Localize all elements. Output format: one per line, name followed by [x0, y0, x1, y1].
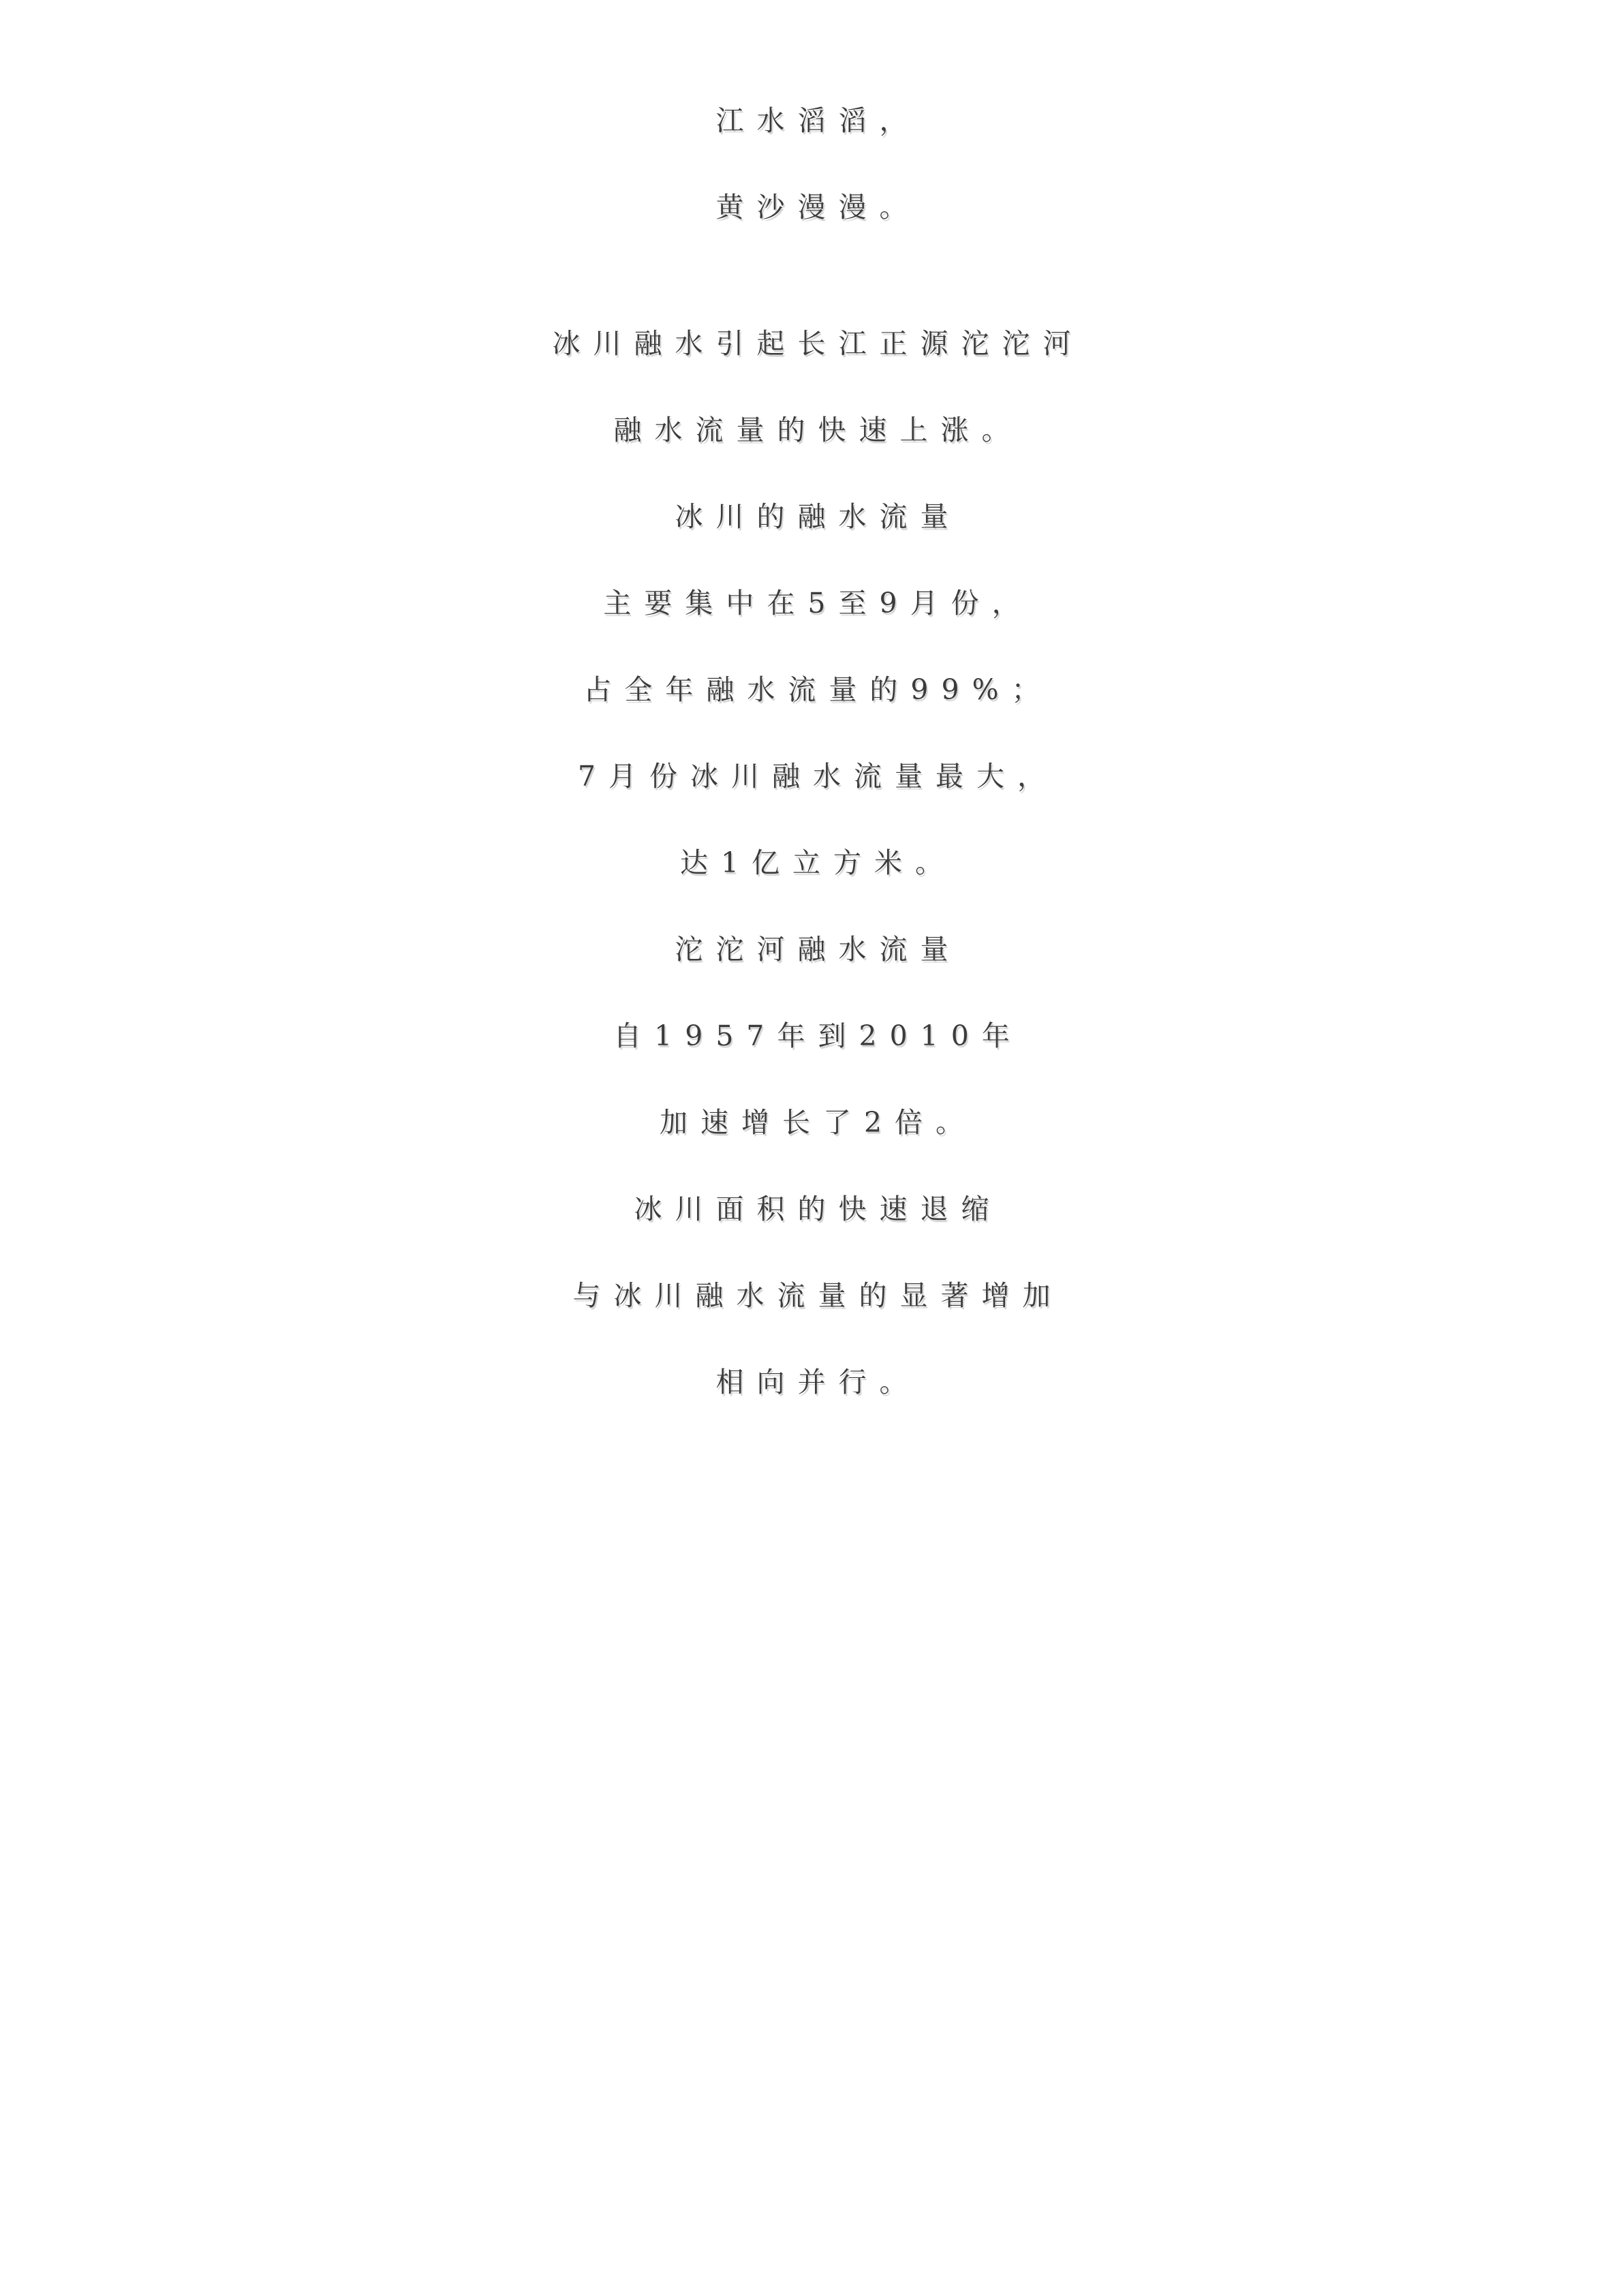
stanza-2: 冰川融水引起长江正源沱沱河 融水流量的快速上涨。 冰川的融水流量 主要集中在5至…	[0, 301, 1623, 1426]
poem-line: 占全年融水流量的99%；	[0, 647, 1623, 733]
document-page: 江水滔滔， 黄沙漫漫。 冰川融水引起长江正源沱沱河 融水流量的快速上涨。 冰川的…	[0, 0, 1623, 2296]
poem-line: 冰川面积的快速退缩	[0, 1166, 1623, 1253]
poem-line: 相向并行。	[0, 1339, 1623, 1426]
poem-line: 冰川的融水流量	[0, 474, 1623, 560]
poem-line: 融水流量的快速上涨。	[0, 387, 1623, 474]
poem-line: 7月份冰川融水流量最大，	[0, 733, 1623, 820]
poem-line: 江水滔滔，	[0, 78, 1623, 164]
poem-line: 自1957年到2010年	[0, 993, 1623, 1080]
poem-line: 与冰川融水流量的显著增加	[0, 1253, 1623, 1339]
poem-line: 沱沱河融水流量	[0, 906, 1623, 993]
poem-line: 达1亿立方米。	[0, 820, 1623, 906]
stanza-gap	[0, 251, 1623, 301]
poem-line: 黄沙漫漫。	[0, 164, 1623, 251]
poem-line: 加速增长了2倍。	[0, 1080, 1623, 1166]
stanza-1: 江水滔滔， 黄沙漫漫。	[0, 78, 1623, 251]
poem-line: 冰川融水引起长江正源沱沱河	[0, 301, 1623, 387]
poem-line: 主要集中在5至9月份，	[0, 560, 1623, 647]
